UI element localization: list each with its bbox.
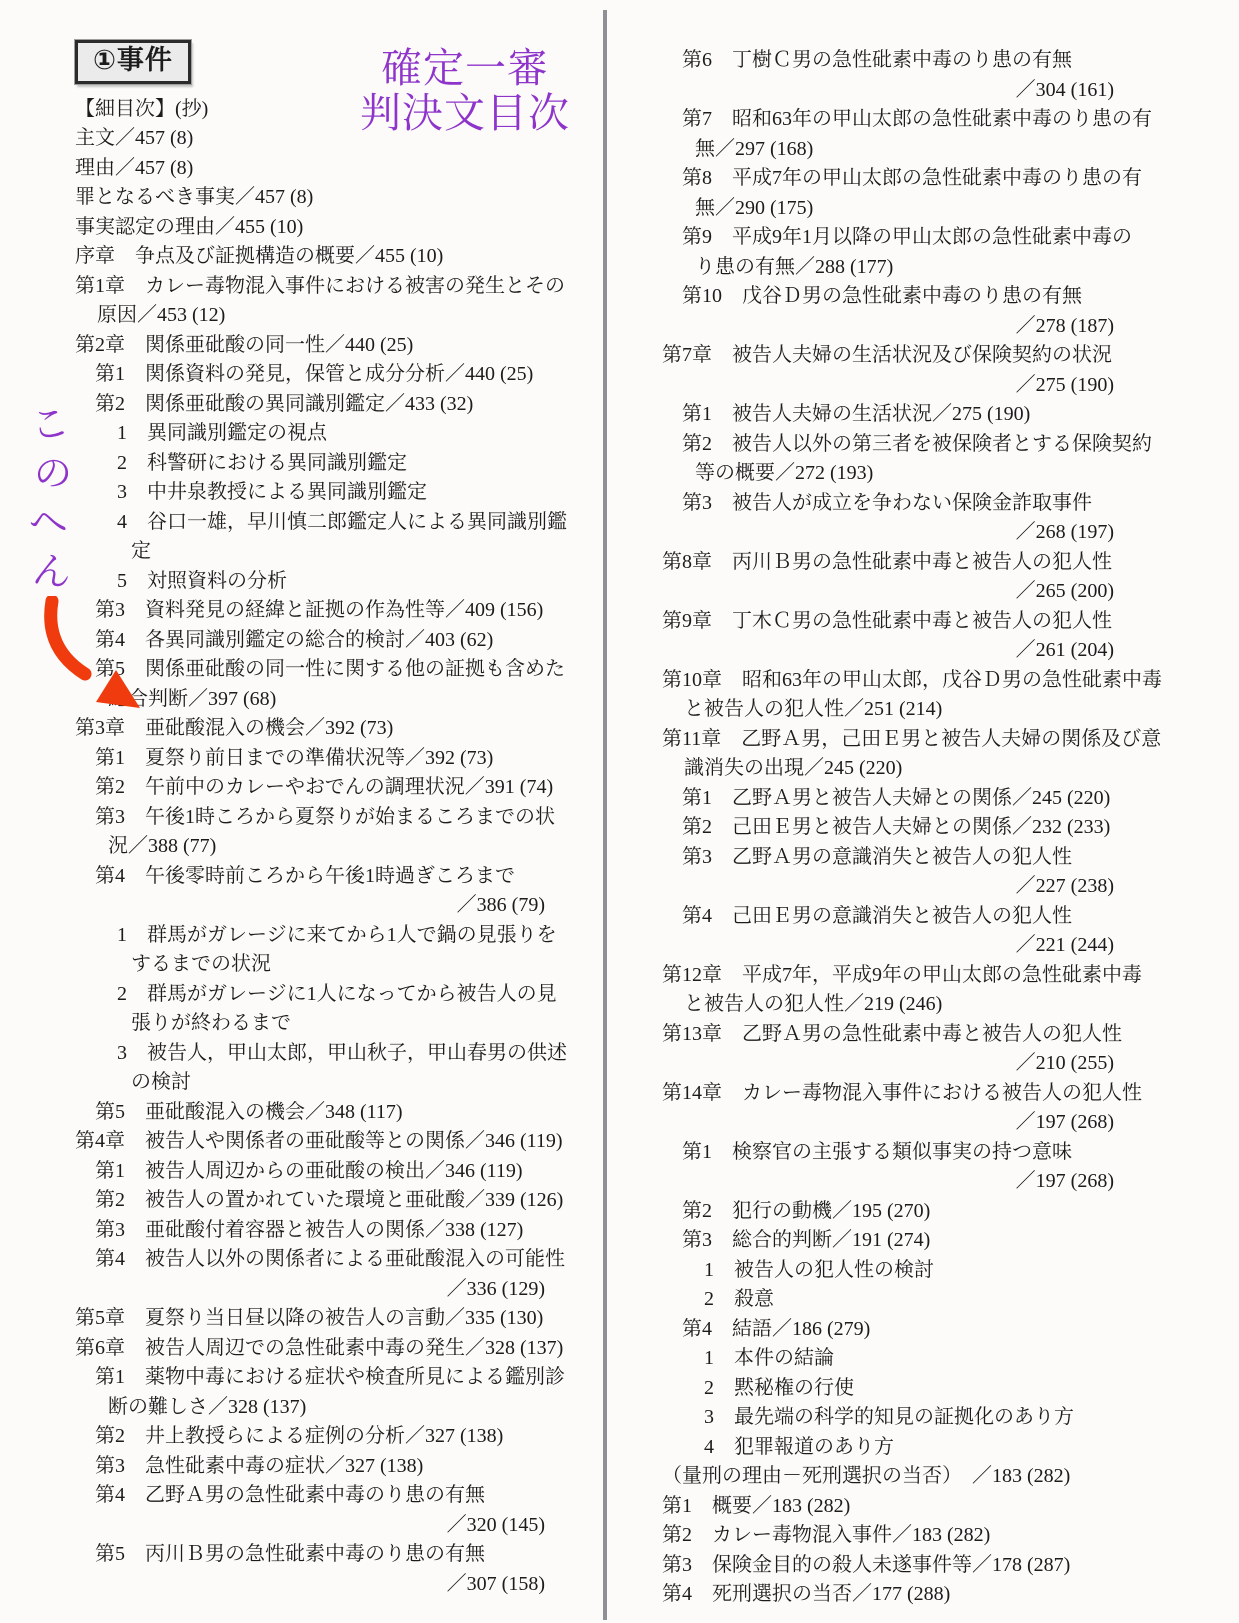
toc-line: 第1 概要／183 (282) bbox=[662, 1492, 1114, 1522]
toc-line: 第8章 丙川Ｂ男の急性砒素中毒と被告人の犯人性 bbox=[662, 548, 1114, 578]
toc-line: 第2 午前中のカレーやおでんの調理状況／391 (74) bbox=[75, 773, 545, 803]
toc-line: 断の難しさ／328 (137) bbox=[75, 1393, 545, 1423]
toc-line: 識消失の出現／245 (220) bbox=[662, 754, 1114, 784]
case-number-badge: ①事件 bbox=[75, 40, 191, 84]
toc-line: 第5章 夏祭り当日昼以降の被告人の言動／335 (130) bbox=[75, 1304, 545, 1334]
toc-line: 定 bbox=[75, 537, 545, 567]
toc-line: 第10 戊谷Ｄ男の急性砒素中毒のり患の有無 bbox=[662, 282, 1114, 312]
toc-lines-left: 【細目次】(抄)主文／457 (8)理由／457 (8)罪となるべき事実／457… bbox=[75, 95, 545, 1600]
arrow-icon bbox=[40, 596, 155, 716]
handwritten-note-vertical: このへん bbox=[26, 400, 74, 596]
toc-line: 第6 丁樹Ｃ男の急性砒素中毒のり患の有無 bbox=[662, 46, 1114, 76]
toc-line: ／386 (79) bbox=[75, 891, 545, 921]
toc-line: 事実認定の理由／455 (10) bbox=[75, 213, 545, 243]
toc-line: 第6章 被告人周辺での急性砒素中毒の発生／328 (137) bbox=[75, 1334, 545, 1364]
toc-line: 1 群馬がガレージに来てから1人で鍋の見張りを bbox=[75, 921, 545, 951]
toc-line: 第3 保険金目的の殺人未遂事件等／178 (287) bbox=[662, 1551, 1114, 1581]
toc-line: 第3 亜砒酸付着容器と被告人の関係／338 (127) bbox=[75, 1216, 545, 1246]
toc-line: 1 被告人の犯人性の検討 bbox=[662, 1256, 1114, 1286]
toc-line: 2 群馬がガレージに1人になってから被告人の見 bbox=[75, 980, 545, 1010]
column-divider bbox=[603, 10, 607, 1620]
toc-line: ／265 (200) bbox=[662, 577, 1114, 607]
toc-line: ／336 (129) bbox=[75, 1275, 545, 1305]
handwritten-note-line-1: 確定一審 bbox=[338, 46, 592, 91]
toc-line: の bbox=[27, 448, 78, 500]
toc-line: 第3 急性砒素中毒の症状／327 (138) bbox=[75, 1452, 545, 1482]
toc-line: 第1 関係資料の発見，保管と成分分析／440 (25) bbox=[75, 360, 545, 390]
toc-line: 況／388 (77) bbox=[75, 832, 545, 862]
toc-line: ／268 (197) bbox=[662, 518, 1114, 548]
toc-line: 第13章 乙野Ａ男の急性砒素中毒と被告人の犯人性 bbox=[662, 1020, 1114, 1050]
toc-line: 第7章 被告人夫婦の生活状況及び保険契約の状況 bbox=[662, 341, 1114, 371]
toc-line: 第14章 カレー毒物混入事件における被告人の犯人性 bbox=[662, 1079, 1114, 1109]
toc-line: 原因／453 (12) bbox=[75, 301, 545, 331]
toc-line: 第7 昭和63年の甲山太郎の急性砒素中毒のり患の有 bbox=[662, 105, 1114, 135]
toc-line: ／320 (145) bbox=[75, 1511, 545, 1541]
toc-line: 1 本件の結論 bbox=[662, 1344, 1114, 1374]
toc-line: 3 中井泉教授による異同識別鑑定 bbox=[75, 478, 545, 508]
toc-lines-right: 第6 丁樹Ｃ男の急性砒素中毒のり患の有無／304 (161)第7 昭和63年の甲… bbox=[662, 46, 1114, 1610]
toc-line: り患の有無／288 (177) bbox=[662, 253, 1114, 283]
toc-line: 第4 己田Ｅ男の意識消失と被告人の犯人性 bbox=[662, 902, 1114, 932]
toc-line: 第2 被告人の置かれていた環境と亜砒酸／339 (126) bbox=[75, 1186, 545, 1216]
toc-line: 第2 犯行の動機／195 (270) bbox=[662, 1197, 1114, 1227]
toc-line: 5 対照資料の分析 bbox=[75, 567, 545, 597]
toc-line: と被告人の犯人性／219 (246) bbox=[662, 990, 1114, 1020]
toc-line: 等の概要／272 (193) bbox=[662, 459, 1114, 489]
toc-line: 第1 薬物中毒における症状や検査所見による鑑別診 bbox=[75, 1363, 545, 1393]
toc-line: 第12章 平成7年，平成9年の甲山太郎の急性砒素中毒 bbox=[662, 961, 1114, 991]
handwritten-note-line-2: 判決文目次 bbox=[338, 91, 592, 136]
toc-line: 第3 総合的判断／191 (274) bbox=[662, 1226, 1114, 1256]
toc-line: 第4 乙野Ａ男の急性砒素中毒のり患の有無 bbox=[75, 1481, 545, 1511]
toc-line: 第2 カレー毒物混入事件／183 (282) bbox=[662, 1521, 1114, 1551]
toc-line: 第1章 カレー毒物混入事件における被害の発生とその bbox=[75, 272, 545, 302]
toc-line: ／197 (268) bbox=[662, 1167, 1114, 1197]
handwritten-note-heading: 確定一審 判決文目次 bbox=[338, 46, 592, 136]
toc-column-right: 第6 丁樹Ｃ男の急性砒素中毒のり患の有無／304 (161)第7 昭和63年の甲… bbox=[662, 46, 1114, 1610]
toc-line: ／210 (255) bbox=[662, 1049, 1114, 1079]
document-page: ①事件 【細目次】(抄)主文／457 (8)理由／457 (8)罪となるべき事実… bbox=[0, 0, 1239, 1623]
toc-line: 罪となるべき事実／457 (8) bbox=[75, 183, 545, 213]
toc-line: するまでの状況 bbox=[75, 950, 545, 980]
toc-line: 第2章 関係亜砒酸の同一性／440 (25) bbox=[75, 331, 545, 361]
toc-line: 第3章 亜砒酸混入の機会／392 (73) bbox=[75, 714, 545, 744]
toc-line: 第10章 昭和63年の甲山太郎，戊谷Ｄ男の急性砒素中毒 bbox=[662, 666, 1114, 696]
toc-line: 第4 死刑選択の当否／177 (288) bbox=[662, 1580, 1114, 1610]
toc-line: 第2 己田Ｅ男と被告人夫婦との関係／232 (233) bbox=[662, 813, 1114, 843]
toc-line: 第4 午後零時前ころから午後1時過ぎころまで bbox=[75, 862, 545, 892]
toc-line: 2 殺意 bbox=[662, 1285, 1114, 1315]
toc-line: ／307 (158) bbox=[75, 1570, 545, 1600]
toc-line: ／227 (238) bbox=[662, 872, 1114, 902]
toc-line: 序章 争点及び証拠構造の概要／455 (10) bbox=[75, 242, 545, 272]
toc-line: 第1 被告人夫婦の生活状況／275 (190) bbox=[662, 400, 1114, 430]
toc-line: ／221 (244) bbox=[662, 931, 1114, 961]
toc-line: 第5 亜砒酸混入の機会／348 (117) bbox=[75, 1098, 545, 1128]
toc-line: ／261 (204) bbox=[662, 636, 1114, 666]
toc-line: 第11章 乙野Ａ男，己田Ｅ男と被告人夫婦の関係及び意 bbox=[662, 725, 1114, 755]
toc-line: 第3 乙野Ａ男の意識消失と被告人の犯人性 bbox=[662, 843, 1114, 873]
toc-line: 2 科警研における異同識別鑑定 bbox=[75, 449, 545, 479]
toc-line: ん bbox=[25, 545, 79, 599]
toc-line: と被告人の犯人性／251 (214) bbox=[662, 695, 1114, 725]
toc-line: 第4 被告人以外の関係者による亜砒酸混入の可能性 bbox=[75, 1245, 545, 1275]
toc-column-left: ①事件 【細目次】(抄)主文／457 (8)理由／457 (8)罪となるべき事実… bbox=[75, 40, 545, 1599]
toc-line: 第1 被告人周辺からの亜砒酸の検出／346 (119) bbox=[75, 1157, 545, 1187]
toc-line: 第2 井上教授らによる症例の分析／327 (138) bbox=[75, 1422, 545, 1452]
toc-line: （量刑の理由－死刑選択の当否） ／183 (282) bbox=[662, 1462, 1114, 1492]
toc-line: 3 最先端の科学的知見の証拠化のあり方 bbox=[662, 1403, 1114, 1433]
toc-line: 第3 午後1時ころから夏祭りが始まるころまでの状 bbox=[75, 803, 545, 833]
toc-line: 4 谷口一雄，早川慎二郎鑑定人による異同識別鑑 bbox=[75, 508, 545, 538]
toc-line: 2 黙秘権の行使 bbox=[662, 1374, 1114, 1404]
toc-line: 無／297 (168) bbox=[662, 135, 1114, 165]
toc-line: の検討 bbox=[75, 1068, 545, 1098]
toc-line: 第5 丙川Ｂ男の急性砒素中毒のり患の有無 bbox=[75, 1540, 545, 1570]
toc-line: 無／290 (175) bbox=[662, 194, 1114, 224]
toc-line: 第1 検察官の主張する類似事実の持つ意味 bbox=[662, 1138, 1114, 1168]
toc-line: 第8 平成7年の甲山太郎の急性砒素中毒のり患の有 bbox=[662, 164, 1114, 194]
toc-line: ／278 (187) bbox=[662, 312, 1114, 342]
toc-line: 4 犯罪報道のあり方 bbox=[662, 1433, 1114, 1463]
toc-line: 3 被告人，甲山太郎，甲山秋子，甲山春男の供述 bbox=[75, 1039, 545, 1069]
toc-line: ／275 (190) bbox=[662, 371, 1114, 401]
toc-line: 第3 被告人が成立を争わない保険金詐取事件 bbox=[662, 489, 1114, 519]
toc-line: 第9 平成9年1月以降の甲山太郎の急性砒素中毒の bbox=[662, 223, 1114, 253]
toc-line: 第2 被告人以外の第三者を被保険者とする保険契約 bbox=[662, 430, 1114, 460]
toc-line: ／197 (268) bbox=[662, 1108, 1114, 1138]
toc-line: 張りが終わるまで bbox=[75, 1009, 545, 1039]
toc-line: 理由／457 (8) bbox=[75, 154, 545, 184]
toc-line: 第1 乙野Ａ男と被告人夫婦との関係／245 (220) bbox=[662, 784, 1114, 814]
toc-line: ／304 (161) bbox=[662, 76, 1114, 106]
red-arrow-annotation bbox=[40, 596, 155, 716]
toc-line: 第9章 丁木Ｃ男の急性砒素中毒と被告人の犯人性 bbox=[662, 607, 1114, 637]
toc-line: こ bbox=[22, 397, 77, 453]
toc-line: 第4 結語／186 (279) bbox=[662, 1315, 1114, 1345]
toc-line: 第4章 被告人や関係者の亜砒酸等との関係／346 (119) bbox=[75, 1127, 545, 1157]
toc-line: 第2 関係亜砒酸の異同識別鑑定／433 (32) bbox=[75, 390, 545, 420]
toc-line: 1 異同識別鑑定の視点 bbox=[75, 419, 545, 449]
toc-line: へ bbox=[22, 496, 75, 550]
toc-line: 第1 夏祭り前日までの準備状況等／392 (73) bbox=[75, 744, 545, 774]
